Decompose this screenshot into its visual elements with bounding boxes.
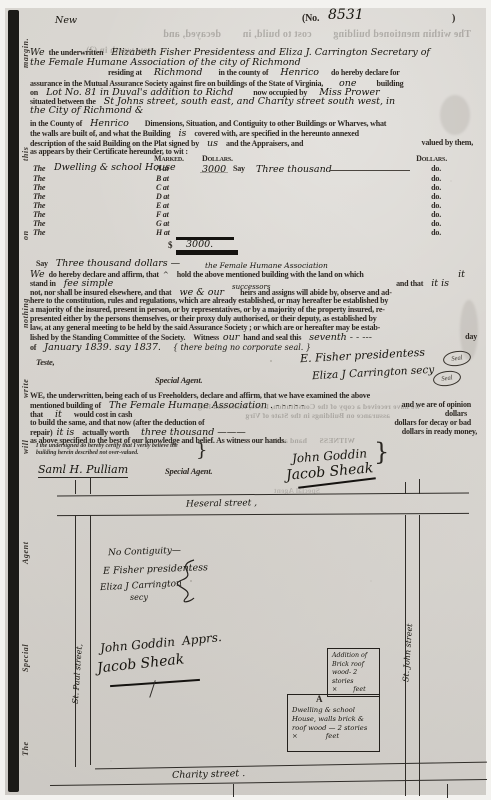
street-stub (447, 784, 448, 798)
addition-line: Addition of (332, 652, 379, 661)
total-amount-hw: 3000. (186, 239, 213, 250)
cell-the: The (33, 219, 45, 228)
printed-text: Say (36, 259, 48, 268)
affirmation-line: lished by the Standing Committee of the … (30, 332, 477, 342)
hw-sum-words: Three thousand dollars — (56, 258, 180, 269)
printed-text: residing at (108, 68, 142, 77)
bleed-through-text: WITNESS hand and (225, 436, 355, 445)
note-secy: secy (130, 593, 148, 602)
declaration-line: the Female Humane Association of the cit… (30, 57, 477, 67)
cell-mark: E at (156, 201, 169, 210)
printed-text: dollars for decay or bad (394, 418, 471, 427)
printed-text: here to the constitution, rules and regu… (30, 296, 388, 305)
hw-county: Henrico (280, 67, 319, 78)
cell-mark: F at (156, 210, 169, 219)
special-agent-label: Special Agent. (155, 375, 202, 385)
declaration-line: in the County ofHenricoDimensions, Situa… (30, 118, 477, 128)
cell-mark: C at (156, 183, 169, 192)
col-dollars: Dollars. (202, 154, 233, 163)
cell-mark: A at (156, 164, 168, 173)
printed-text: valued by them, (422, 138, 473, 147)
cell-say: Say (233, 164, 245, 173)
teste-label: Teste, (36, 357, 55, 367)
building-line: House, walls brick & (292, 715, 379, 724)
printed-text: WE, the underwritten, being each of us F… (30, 391, 370, 400)
cell-the: The (33, 210, 45, 219)
bleed-through-text: we have received a copy of the Constitut… (130, 402, 420, 411)
table-row: The H at do. (30, 228, 477, 238)
margin-note-word: Special (21, 628, 37, 672)
building-addition-box: Addition of Brick roof wood- 2 stories ×… (327, 648, 380, 697)
cell-the: The (33, 164, 45, 173)
policy-number: 8531 (328, 7, 364, 23)
bleed-through-text: The within mentioned building cost to bu… (35, 29, 471, 40)
cell-ditto: do. (431, 192, 441, 201)
annotation-new: New (55, 15, 77, 26)
cell-the: The (33, 183, 45, 192)
agent-certification-note: I the undersigned do hereby certify that… (36, 443, 188, 457)
declaration-line: the walls are built of, and what the Bui… (30, 128, 477, 138)
street-line-left (90, 515, 91, 765)
paraph-flourish (166, 558, 202, 604)
street-line-right (419, 515, 420, 796)
building-main-box: A Dwelling & school House, walls brick &… (287, 694, 380, 752)
addition-line: Brick roof (332, 661, 379, 670)
hw-city: the City of Richmond & (30, 105, 143, 116)
col-dollars-right: Dollars. (416, 154, 447, 163)
scan-edge-bar (8, 10, 19, 792)
declaration-line: assurance in the Mutual Assurance Societ… (30, 78, 477, 88)
cell-ditto: do. (431, 219, 441, 228)
seal-label: Seal (441, 374, 453, 382)
total-rule-bottom (176, 250, 238, 255)
brace-left: } (196, 440, 207, 461)
document-scan: margin. this on nothing write will Agent… (0, 0, 491, 800)
policy-number-prefix: (No. (302, 13, 319, 24)
cell-ditto: do. (431, 164, 441, 173)
building-line: Dwelling & school (292, 706, 379, 715)
seal-label: Seal (451, 354, 463, 362)
cell-ditto: do. (431, 174, 441, 183)
cell-ditto: do. (431, 228, 441, 237)
printed-text: a majority of the insured, present in pe… (30, 305, 385, 314)
building-line: × feet (292, 732, 379, 741)
printed-text: dollars (445, 409, 467, 418)
cell-ditto: do. (431, 201, 441, 210)
hw-residence: Richmond (154, 67, 203, 78)
margin-note-word: Agent (21, 530, 37, 564)
street-label-top: Heseral street , (186, 498, 257, 509)
special-agent-label2: Special Agent. (165, 466, 212, 476)
hw-no-seal-note: { there being no corporate seal. } (173, 343, 311, 352)
street-stub (233, 784, 234, 797)
street-stub (90, 477, 91, 494)
declaration-line: the City of Richmond & (30, 105, 477, 115)
building-mark-a: A (316, 694, 324, 704)
building-line: roof wood — 2 stories (292, 724, 379, 733)
printed-text: dollars in ready money, (402, 427, 477, 436)
street-stub (419, 479, 420, 494)
printed-text: presented either by the persons themselv… (30, 314, 377, 323)
addition-line: wood- 2 stories (332, 669, 379, 686)
hw-date: January 1839. say 1837. (44, 342, 161, 353)
street-stub (75, 480, 76, 494)
printed-text: day (465, 332, 477, 341)
printed-text: law, at any general meeting to be held b… (30, 323, 380, 332)
margin-note-word: The (21, 732, 37, 756)
brace-right: } (374, 438, 389, 466)
printed-text: in the county of (218, 68, 268, 77)
declaration-line: Wethe underwrittenElizabeth Fisher Presi… (30, 47, 477, 57)
ink-rule (330, 170, 410, 171)
bleed-through-text: assurance on Buildings in the State of V… (150, 411, 390, 420)
table-row: The Dwelling & school House A at 3000 Sa… (30, 164, 477, 174)
declaration-line: description of the said Building on the … (30, 138, 477, 148)
cell-mark: B at (156, 174, 169, 183)
printed-text: of (30, 343, 36, 352)
declaration-line: residing atRichmondin the county ofHenri… (30, 67, 477, 77)
cell-ditto: do. (431, 183, 441, 192)
cell-the: The (33, 228, 45, 237)
cell-mark: H at (156, 228, 170, 237)
printed-text: in the County of (30, 119, 82, 128)
street-label-bottom: Charity street . (172, 768, 245, 781)
total-sign: $ (168, 240, 172, 250)
printed-text: the underwritten (49, 48, 104, 57)
cell-mark: G at (156, 219, 169, 228)
cell-the: The (33, 201, 45, 210)
cell-the: The (33, 174, 45, 183)
policy-number-suffix: ) (452, 13, 455, 24)
printed-text: Dimensions, Situation, and Contiguity to… (145, 119, 386, 128)
cell-ditto: do. (431, 210, 441, 219)
cell-mark: D at (156, 192, 169, 201)
signature-pulliam: Saml H. Pulliam (38, 463, 128, 478)
table-row: The B at do. (30, 174, 477, 184)
printed-text: do hereby declare for (331, 68, 400, 77)
cell-the: The (33, 192, 45, 201)
